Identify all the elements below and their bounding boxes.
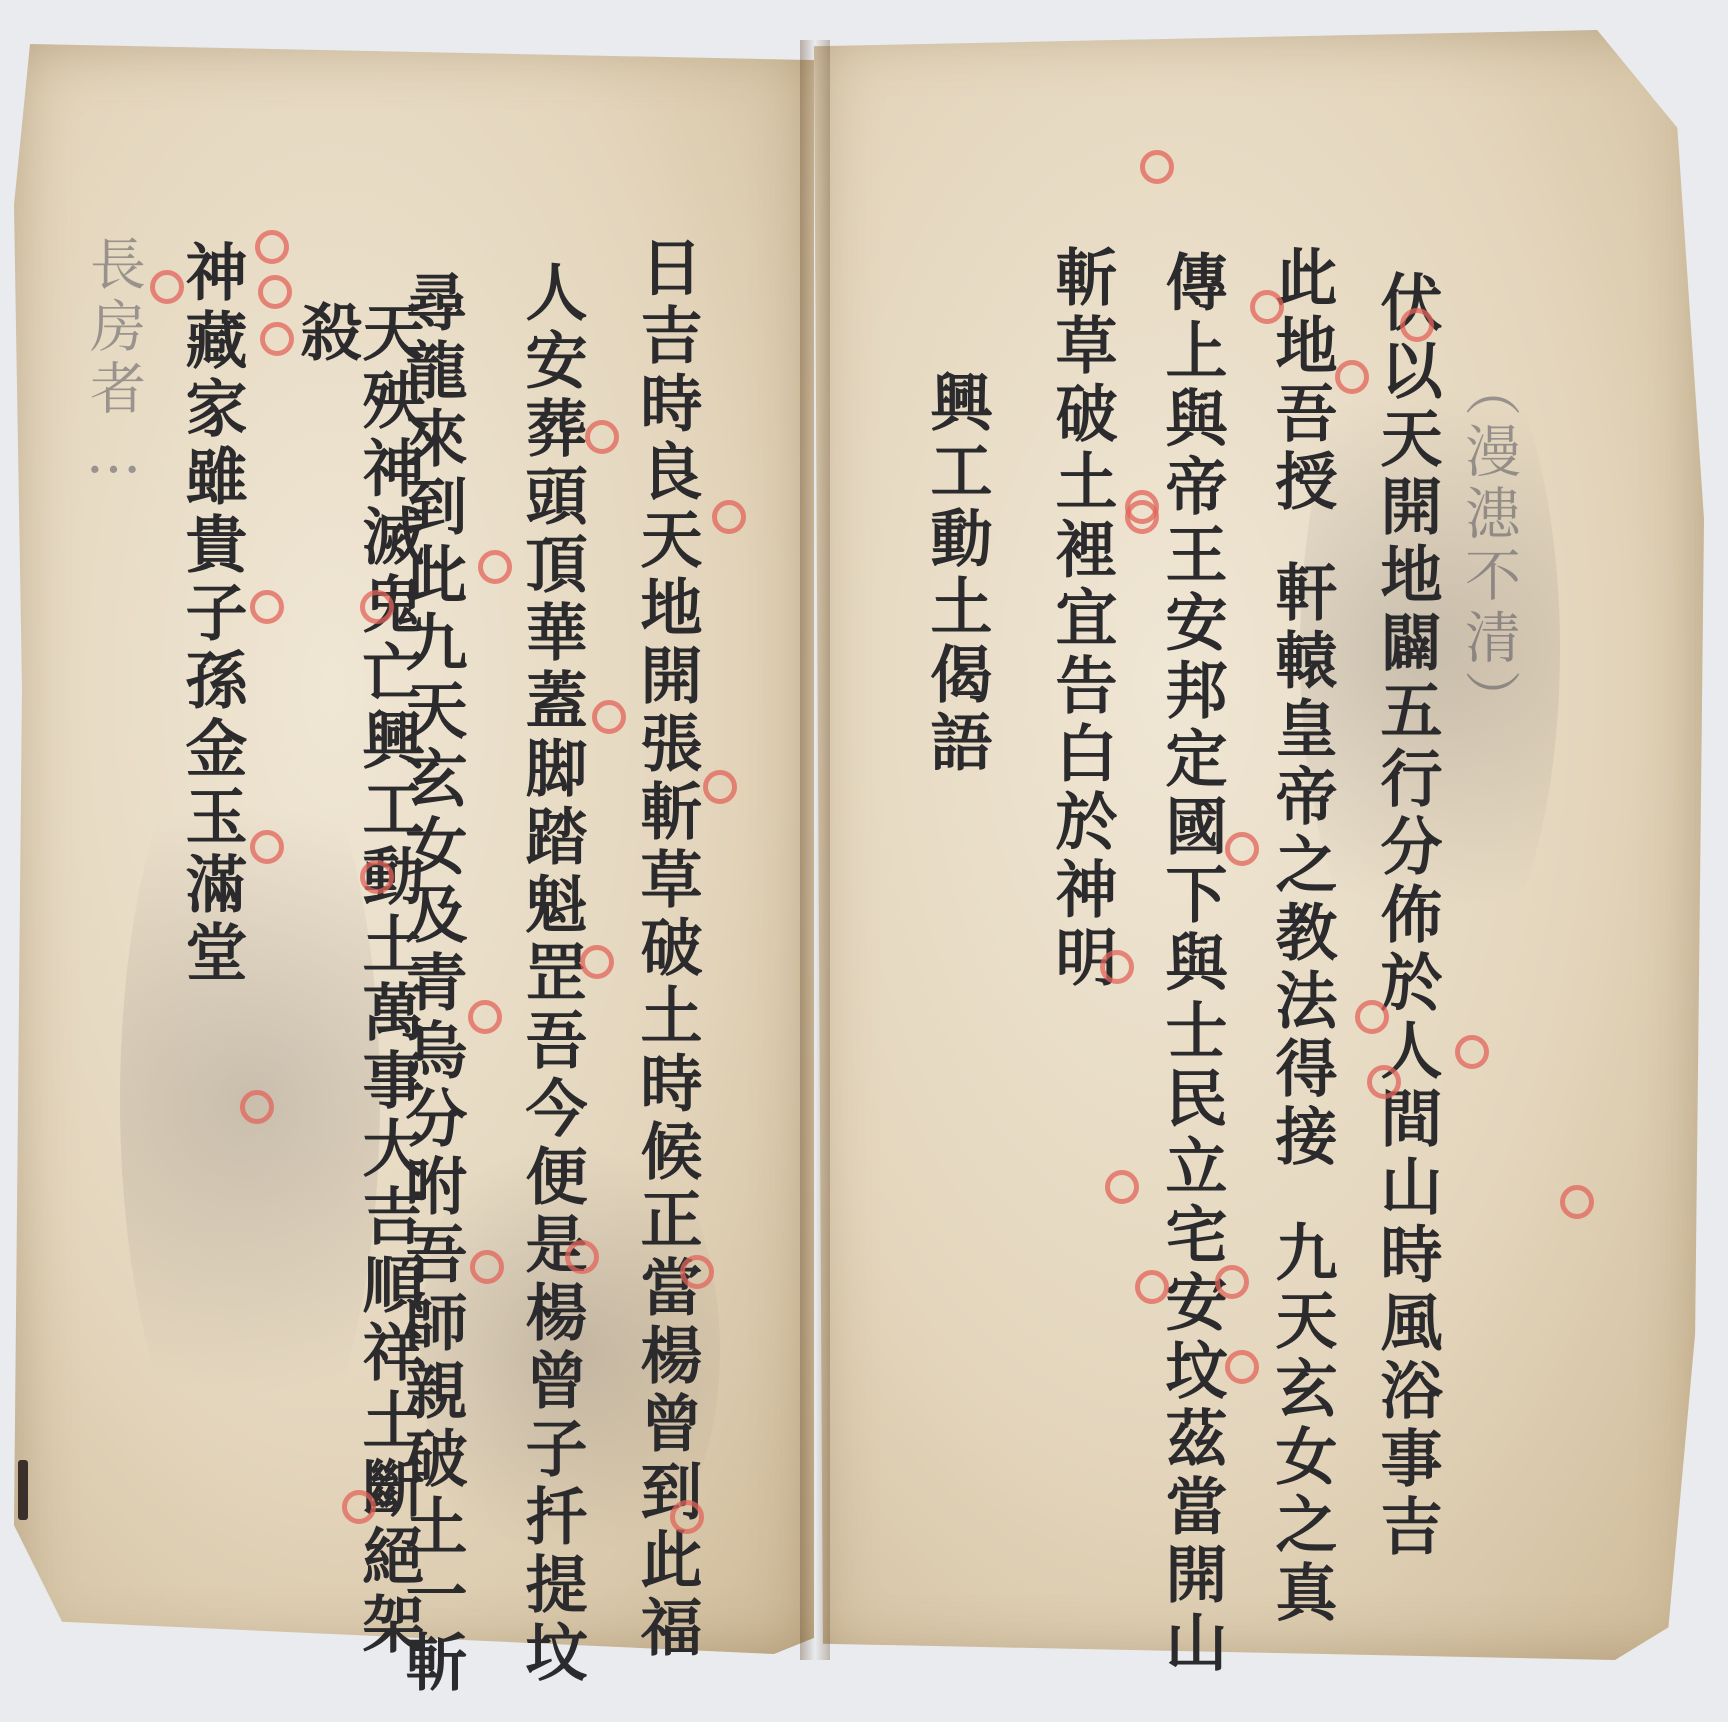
red-circle-mark	[150, 270, 184, 304]
right-col-3c: 九天玄女之真	[1270, 1220, 1332, 1628]
red-circle-mark	[250, 830, 284, 864]
red-circle-mark	[360, 860, 394, 894]
red-circle-mark	[342, 1490, 376, 1524]
left-col-1: 日吉時良天地開張斬草破土時候正當楊曾到此福	[635, 235, 697, 1663]
red-circle-mark	[592, 700, 626, 734]
left-col-5: 神藏家雖貴子孫金玉滿堂	[180, 240, 242, 988]
red-circle-mark	[1140, 150, 1174, 184]
right-col-5: 斬草破土裡宜告白於神明	[1050, 245, 1112, 993]
right-col-3a: 此地吾授	[1270, 245, 1332, 517]
red-circle-mark	[1100, 950, 1134, 984]
red-circle-mark	[1105, 1170, 1139, 1204]
red-circle-mark	[703, 770, 737, 804]
right-col-6-heading: 興工動土偈語	[925, 370, 987, 778]
red-circle-mark	[360, 590, 394, 624]
red-circle-mark	[1335, 360, 1369, 394]
red-circle-mark	[670, 1500, 704, 1534]
red-circle-mark	[240, 1090, 274, 1124]
red-circle-mark	[1225, 1350, 1259, 1384]
red-circle-mark	[478, 550, 512, 584]
red-circle-mark	[1355, 1000, 1389, 1034]
left-col-6: 長房者…	[85, 235, 141, 492]
right-col-2: 伏以天開地闢五行分佈於人間山時風浴事吉	[1375, 270, 1437, 1562]
red-circle-mark	[1560, 1185, 1594, 1219]
red-circle-mark	[250, 590, 284, 624]
book-spine	[800, 40, 830, 1660]
right-col-4: 傳上與帝王安邦定國下與士民立宅安坟茲當開山	[1160, 250, 1222, 1678]
red-circle-mark	[580, 945, 614, 979]
red-circle-mark	[468, 1000, 502, 1034]
page-marker	[18, 1460, 28, 1520]
red-circle-mark	[1125, 490, 1159, 524]
red-circle-mark	[1455, 1035, 1489, 1069]
right-col-1: （漫漶不清）	[1460, 360, 1516, 732]
red-circle-mark	[1225, 832, 1259, 866]
red-circle-mark	[712, 500, 746, 534]
red-circle-mark	[680, 1255, 714, 1289]
red-circle-mark	[1400, 308, 1434, 342]
red-circle-mark	[565, 1240, 599, 1274]
right-col-3b: 軒轅皇帝之教法得接	[1270, 560, 1332, 1172]
red-circle-mark	[1250, 290, 1284, 324]
right-page	[814, 30, 1704, 1660]
red-circle-mark	[585, 420, 619, 454]
red-circle-mark	[260, 322, 294, 356]
red-circle-mark	[1135, 1270, 1169, 1304]
red-circle-mark	[1215, 1265, 1249, 1299]
red-circle-mark	[258, 275, 292, 309]
red-circle-mark	[1367, 1065, 1401, 1099]
red-circle-mark	[255, 230, 289, 264]
red-circle-mark	[470, 1250, 504, 1284]
left-col-2: 人安葬頭頂華蓋脚踏魁罡吾今便是楊曾子扦提坟	[520, 260, 582, 1688]
